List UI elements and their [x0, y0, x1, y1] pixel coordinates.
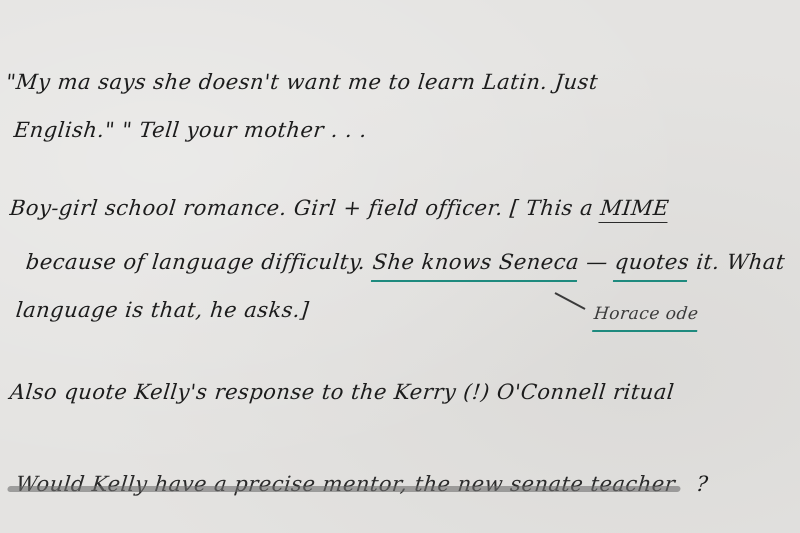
quotes-underlined: quotes	[613, 250, 691, 282]
mime-word: MIME	[599, 196, 670, 223]
line-3-romance: Boy-girl school romance. Girl + field of…	[9, 196, 671, 220]
horace-ode-annotation: Horace ode	[593, 304, 700, 324]
language-difficulty-text: because of language difficulty.	[25, 250, 374, 274]
line-1-quote-latin: "My ma says she doesn't want me to learn…	[5, 70, 600, 94]
question-mark: ?	[695, 472, 709, 496]
she-knows-seneca-underlined: She knows Seneca	[371, 250, 581, 282]
romance-text: Boy-girl school romance. Girl + field of…	[9, 196, 602, 220]
line-2-english-tell-mother: English." " Tell your mother . . .	[13, 118, 369, 142]
line-7-struck-through: Would Kelly have a precise mentor, the n…	[15, 472, 710, 496]
it-what-text: it. What	[688, 250, 786, 274]
struck-through-text: Would Kelly have a precise mentor, the n…	[15, 472, 677, 496]
manuscript-page: "My ma says she doesn't want me to learn…	[0, 0, 800, 533]
annotation-connector-line	[555, 292, 586, 310]
dash: —	[578, 250, 616, 274]
line-5-he-asks: language is that, he asks.]	[15, 298, 311, 322]
line-6-kelly-response: Also quote Kelly's response to the Kerry…	[9, 380, 676, 404]
horace-ode-text: Horace ode	[592, 304, 699, 332]
line-4-language-difficulty: because of language difficulty. She know…	[25, 250, 787, 274]
